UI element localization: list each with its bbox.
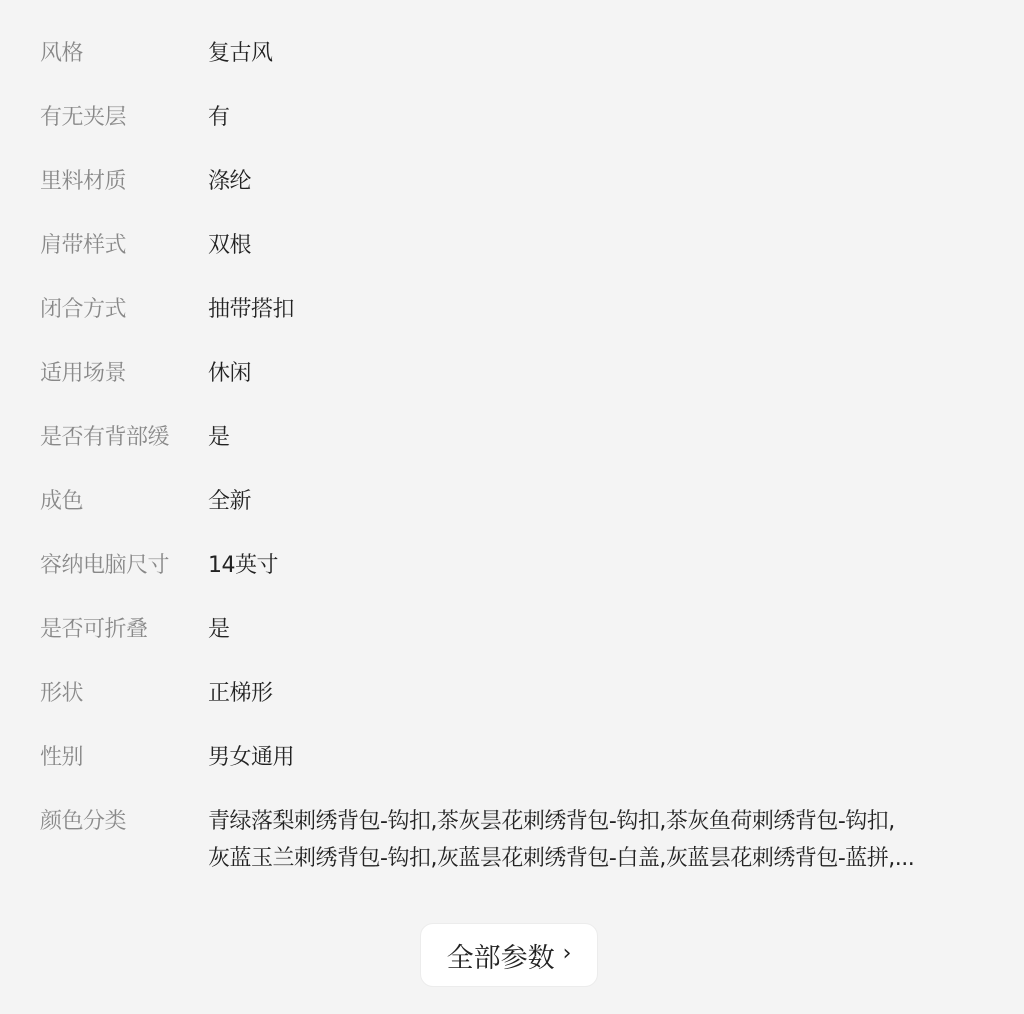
param-value: 有 [208, 86, 230, 150]
param-value: 青绿落梨刺绣背包-钩扣,茶灰昙花刺绣背包-钩扣,茶灰鱼荷刺绣背包-钩扣, 灰蓝玉… [208, 803, 988, 877]
param-label: 成色 [40, 470, 208, 534]
param-label: 肩带样式 [40, 214, 208, 278]
param-row-gender: 性别 男女通用 [40, 726, 1000, 790]
param-label: 风格 [40, 22, 208, 86]
param-row-foldable: 是否可折叠 是 [40, 598, 1000, 662]
param-value: 涤纶 [208, 150, 251, 214]
param-value: 双根 [208, 214, 251, 278]
param-row-lining-material: 里料材质 涤纶 [40, 150, 1000, 214]
param-label: 闭合方式 [40, 278, 208, 342]
param-value: 是 [208, 598, 230, 662]
param-row-condition: 成色 全新 [40, 470, 1000, 534]
color-category-line-2: 灰蓝玉兰刺绣背包-钩扣,灰蓝昙花刺绣背包-白盖,灰蓝昙花刺绣背包-蓝拼,... [208, 840, 988, 877]
param-row-strap-style: 肩带样式 双根 [40, 214, 1000, 278]
param-value: 男女通用 [208, 726, 294, 790]
param-label: 颜色分类 [40, 803, 208, 840]
param-value: 复古风 [208, 22, 273, 86]
chevron-right-icon: › [563, 941, 572, 966]
all-params-button[interactable]: 全部参数 › [420, 923, 598, 987]
param-row-color-category: 颜色分类 青绿落梨刺绣背包-钩扣,茶灰昙花刺绣背包-钩扣,茶灰鱼荷刺绣背包-钩扣… [40, 790, 1000, 877]
param-row-laptop-size: 容纳电脑尺寸 14英寸 [40, 534, 1000, 598]
color-category-line-1: 青绿落梨刺绣背包-钩扣,茶灰昙花刺绣背包-钩扣,茶灰鱼荷刺绣背包-钩扣, [208, 803, 988, 840]
param-label: 是否可折叠 [40, 598, 208, 662]
param-label: 适用场景 [40, 342, 208, 406]
param-row-closure: 闭合方式 抽带搭扣 [40, 278, 1000, 342]
param-value: 休闲 [208, 342, 251, 406]
param-value: 正梯形 [208, 662, 273, 726]
param-value: 是 [208, 406, 230, 470]
param-value: 全新 [208, 470, 251, 534]
all-params-label: 全部参数 [447, 936, 555, 975]
param-row-scene: 适用场景 休闲 [40, 342, 1000, 406]
param-label: 容纳电脑尺寸 [40, 534, 208, 598]
param-label: 里料材质 [40, 150, 208, 214]
param-label: 有无夹层 [40, 86, 208, 150]
param-label: 是否有背部缓 [40, 406, 208, 470]
param-value: 抽带搭扣 [208, 278, 294, 342]
param-row-back-cushion: 是否有背部缓 是 [40, 406, 1000, 470]
param-value: 14英寸 [208, 534, 278, 598]
param-row-style: 风格 复古风 [40, 22, 1000, 86]
param-row-interlayer: 有无夹层 有 [40, 86, 1000, 150]
param-row-shape: 形状 正梯形 [40, 662, 1000, 726]
param-label: 性别 [40, 726, 208, 790]
product-params-list: 风格 复古风 有无夹层 有 里料材质 涤纶 肩带样式 双根 闭合方式 抽带搭扣 … [40, 22, 1000, 877]
param-label: 形状 [40, 662, 208, 726]
